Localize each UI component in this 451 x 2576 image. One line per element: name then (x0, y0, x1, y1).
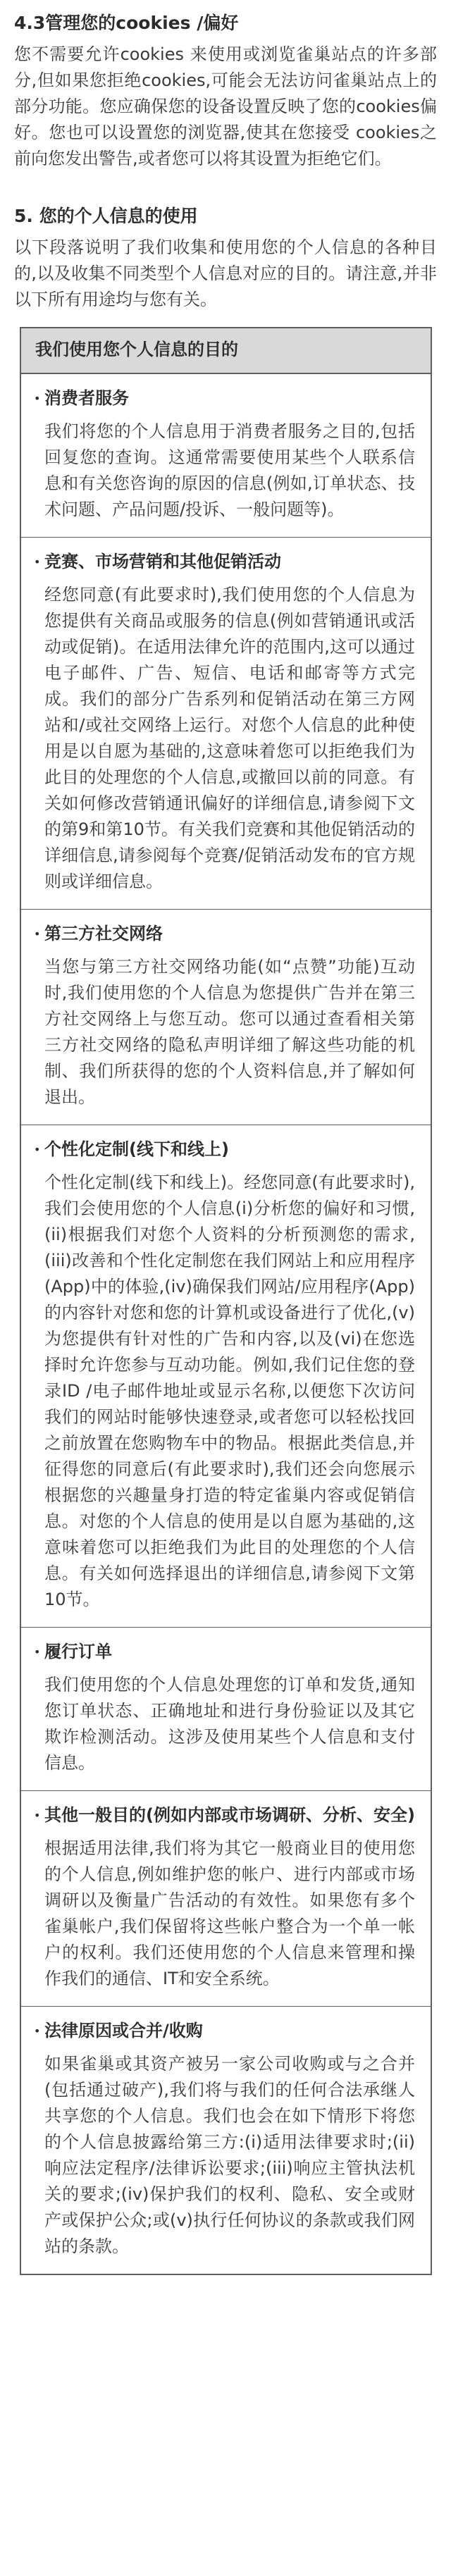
bullet-icon: • (34, 549, 44, 575)
purpose-table: 我们使用您个人信息的目的 •消费者服务 我们将您的个人信息用于消费者服务之目的,… (20, 327, 432, 2275)
purpose-item-title-text: 法律原因或合并/收购 (44, 2021, 203, 2041)
purpose-item-title-text: 第三方社交网络 (44, 924, 163, 943)
purpose-item-title: •法律原因或合并/收购 (34, 2018, 415, 2044)
purpose-item-title-text: 其他一般目的(例如内部或市场调研、分析、安全) (44, 1805, 415, 1825)
bullet-icon: • (34, 1639, 44, 1665)
purpose-item-body: 当您与第三方社交网络功能(如“点赞”功能)互动时,我们使用您的个人信息为您提供广… (44, 954, 415, 1110)
bullet-icon: • (34, 2018, 44, 2044)
purpose-item-title: •消费者服务 (34, 385, 415, 411)
purpose-item-title: •第三方社交网络 (34, 921, 415, 947)
purpose-table-header: 我们使用您个人信息的目的 (21, 328, 431, 374)
section-heading-personal-info-use: 5. 您的个人信息的使用 (14, 203, 437, 229)
document-page: 4.3管理您的cookies /偏好 您不需要允许cookies 来使用或浏览雀… (0, 0, 451, 2292)
bullet-icon: • (34, 1137, 44, 1163)
table-row-other-general-purposes: •其他一般目的(例如内部或市场调研、分析、安全) 根据适用法律,我们将为其它一般… (21, 1791, 431, 2007)
bullet-icon: • (34, 1802, 44, 1828)
purpose-item-body: 经您同意(有此要求时),我们使用您的个人信息为您提供有关商品或服务的信息(例如营… (44, 582, 415, 895)
table-row-consumer-services: •消费者服务 我们将您的个人信息用于消费者服务之目的,包括回复您的查询。这通常需… (21, 374, 431, 538)
section-body-personal-info-use: 以下段落说明了我们收集和使用您的个人信息的各种目的,以及收集不同类型个人信息对应… (14, 235, 437, 313)
table-row-order-fulfillment: •履行订单 我们使用您的个人信息处理您的订单和发货,通知您订单状态、正确地址和进… (21, 1628, 431, 1791)
purpose-item-title-text: 消费者服务 (44, 388, 129, 408)
purpose-item-title: •其他一般目的(例如内部或市场调研、分析、安全) (34, 1802, 415, 1828)
purpose-item-title-text: 竞赛、市场营销和其他促销活动 (44, 552, 281, 571)
table-row-personalization: •个性化定制(线下和线上) 个性化定制(线下和线上)。经您同意(有此要求时),我… (21, 1125, 431, 1628)
purpose-item-title-text: 履行订单 (44, 1642, 112, 1661)
purpose-item-title: •竞赛、市场营销和其他促销活动 (34, 549, 415, 575)
section-heading-cookies-preferences: 4.3管理您的cookies /偏好 (14, 10, 437, 36)
table-row-legal-merger-acquisition: •法律原因或合并/收购 如果雀巢或其资产被另一家公司收购或与之合并(包括通过破产… (21, 2007, 431, 2274)
purpose-item-body: 如果雀巢或其资产被另一家公司收购或与之合并(包括通过破产),我们将与我们的任何合… (44, 2051, 415, 2260)
purpose-item-body: 我们将您的个人信息用于消费者服务之目的,包括回复您的查询。这通常需要使用某些个人… (44, 419, 415, 523)
purpose-item-body: 个性化定制(线下和线上)。经您同意(有此要求时),我们会使用您的个人信息(i)分… (44, 1170, 415, 1613)
table-row-contests-marketing: •竞赛、市场营销和其他促销活动 经您同意(有此要求时),我们使用您的个人信息为您… (21, 538, 431, 910)
bullet-icon: • (34, 385, 44, 411)
purpose-item-body: 根据适用法律,我们将为其它一般商业目的使用您的个人信息,例如维护您的帐户、进行内… (44, 1835, 415, 1992)
purpose-item-title: •履行订单 (34, 1639, 415, 1665)
purpose-item-title-text: 个性化定制(线下和线上) (44, 1139, 229, 1159)
table-row-third-party-social: •第三方社交网络 当您与第三方社交网络功能(如“点赞”功能)互动时,我们使用您的… (21, 910, 431, 1125)
bullet-icon: • (34, 921, 44, 947)
section-body-cookies-preferences: 您不需要允许cookies 来使用或浏览雀巢站点的许多部分,但如果您拒绝cook… (14, 42, 437, 172)
purpose-item-body: 我们使用您的个人信息处理您的订单和发货,通知您订单状态、正确地址和进行身份验证以… (44, 1672, 415, 1776)
purpose-item-title: •个性化定制(线下和线上) (34, 1137, 415, 1163)
